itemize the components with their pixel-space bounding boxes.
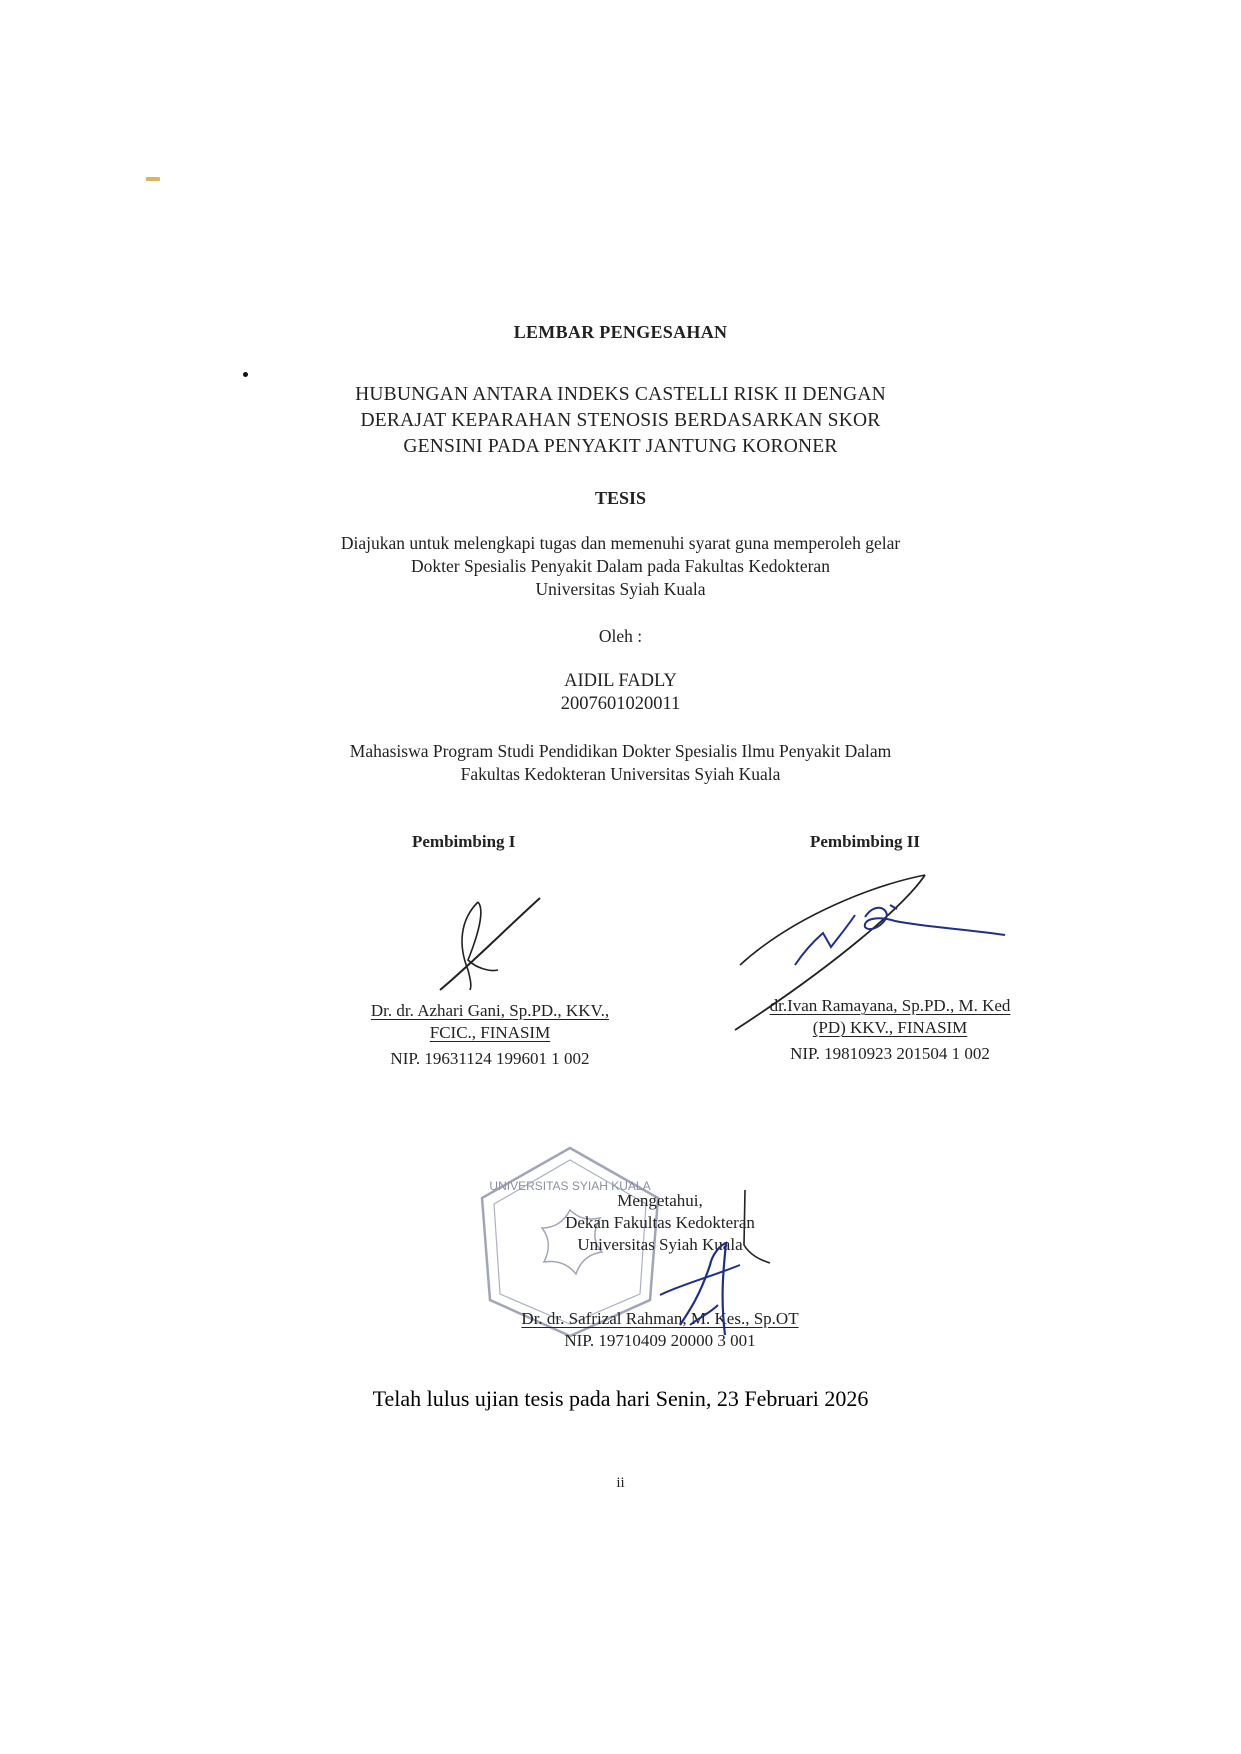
purpose-line: Diajukan untuk melengkapi tugas dan meme… <box>0 532 1241 555</box>
exam-passed-note: Telah lulus ujian tesis pada hari Senin,… <box>0 1386 1241 1412</box>
author-name: AIDIL FADLY <box>0 670 1241 693</box>
supervisor-2-label: Pembimbing II <box>810 832 920 852</box>
supervisor-2-nip: NIP. 19810923 201504 1 002 <box>730 1043 1050 1065</box>
thesis-title-line: GENSINI PADA PENYAKIT JANTUNG KORONER <box>0 434 1241 460</box>
supervisor-1-label: Pembimbing I <box>412 832 515 852</box>
thesis-purpose: Diajukan untuk melengkapi tugas dan meme… <box>0 532 1241 601</box>
paper-dot-mark <box>243 372 248 377</box>
supervisor-2-name: dr.Ivan Ramayana, Sp.PD., M. Ked <box>730 995 1050 1017</box>
document-heading: LEMBAR PENGESAHAN <box>0 322 1241 343</box>
page-number: ii <box>0 1475 1241 1492</box>
purpose-line: Universitas Syiah Kuala <box>0 578 1241 601</box>
author-student-id: 2007601020011 <box>0 693 1241 716</box>
by-label: Oleh : <box>0 626 1241 647</box>
program-line: Mahasiswa Program Studi Pendidikan Dokte… <box>0 740 1241 763</box>
dean-signature <box>640 1185 780 1335</box>
study-program: Mahasiswa Program Studi Pendidikan Dokte… <box>0 740 1241 786</box>
supervisor-2-block: dr.Ivan Ramayana, Sp.PD., M. Ked (PD) KK… <box>730 995 1050 1065</box>
supervisor-2-name-cont: (PD) KKV., FINASIM <box>730 1017 1050 1039</box>
supervisor-1-name-cont: FCIC., FINASIM <box>330 1022 650 1044</box>
thesis-title-line: HUBUNGAN ANTARA INDEKS CASTELLI RISK II … <box>0 382 1241 408</box>
thesis-type: TESIS <box>0 488 1241 509</box>
thesis-title-line: DERAJAT KEPARAHAN STENOSIS BERDASARKAN S… <box>0 408 1241 434</box>
supervisor-1-nip: NIP. 19631124 199601 1 002 <box>330 1048 650 1070</box>
supervisor-1-name: Dr. dr. Azhari Gani, Sp.PD., KKV., <box>330 1000 650 1022</box>
supervisor-1-block: Dr. dr. Azhari Gani, Sp.PD., KKV., FCIC.… <box>330 1000 650 1070</box>
thesis-title: HUBUNGAN ANTARA INDEKS CASTELLI RISK II … <box>0 382 1241 460</box>
paper-stain-mark <box>146 177 160 181</box>
supervisor-1-signature <box>430 890 550 1000</box>
purpose-line: Dokter Spesialis Penyakit Dalam pada Fak… <box>0 555 1241 578</box>
author: AIDIL FADLY 2007601020011 <box>0 670 1241 716</box>
program-line: Fakultas Kedokteran Universitas Syiah Ku… <box>0 763 1241 786</box>
